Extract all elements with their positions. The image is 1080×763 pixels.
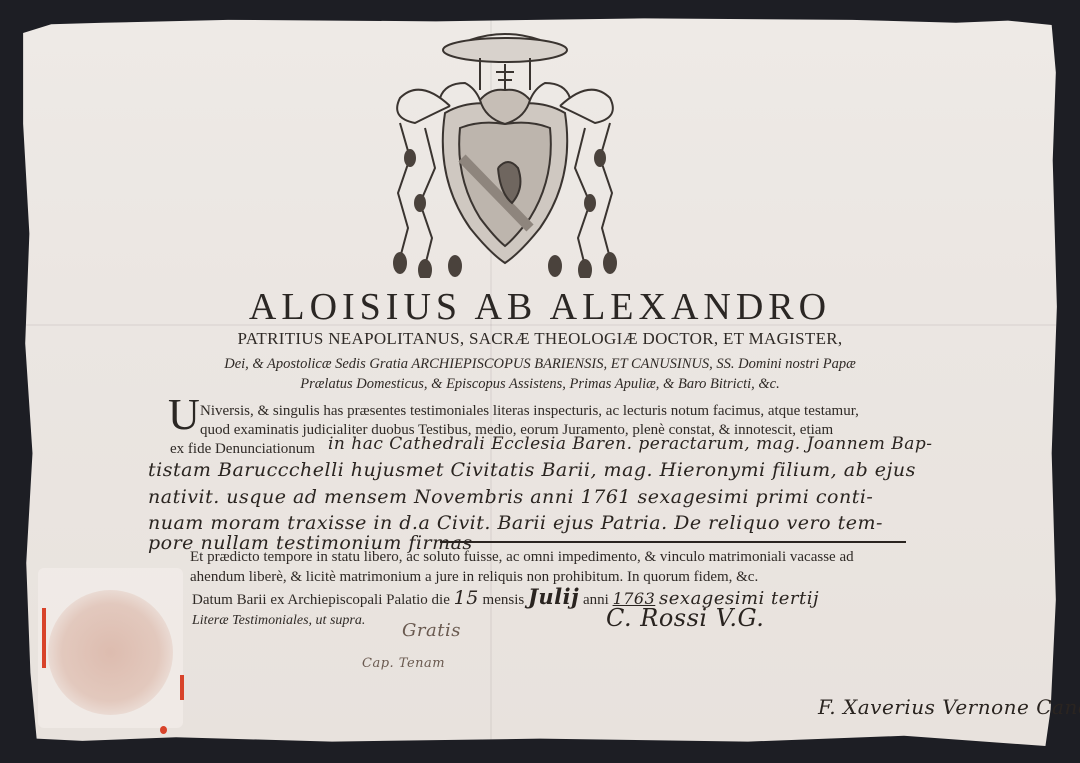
styles-line-2: Prælatus Domesticus, & Episcopus Assiste… [0,376,1080,393]
handwritten-rule [440,541,906,543]
wax-edge-right [180,675,184,700]
registrar-name: Cap. Tenam [362,656,445,671]
handwritten-line-2: tistam Baruccchelli hujusmet Civitatis B… [148,459,916,481]
dropcap: U [168,393,200,437]
coat-of-arms-icon [380,28,630,278]
handwritten-line-1: in hac Cathedrali Ecclesia Baren. peract… [328,434,933,454]
document-subtitle: PATRITIUS NEAPOLITANUS, SACRÆ THEOLOGIÆ … [0,329,1080,349]
chancellor-signature: F. Xaverius Vernone Canc. [818,695,1080,719]
wax-drop [160,726,167,734]
registrar-mark: Gratis [402,620,461,641]
dating-day: 15 [454,587,479,609]
dating-line: Datum Barii ex Archiepiscopali Palatio d… [192,588,992,609]
printed-line-4: Et prædicto tempore in statu libero, ac … [190,548,930,566]
wax-seal-icon [48,590,173,715]
styles-line-1: Dei, & Apostolicæ Sedis Gratia ARCHIEPIS… [0,356,1080,373]
dating-prefix: Datum Barii ex Archiepiscopali Palatio d… [192,592,450,608]
document-title: ALOISIUS AB ALEXANDRO [0,285,1080,329]
printed-line-1: Niversis, & singulis has præsentes testi… [200,402,920,420]
dating-mensis-label: mensis [483,592,525,608]
vicar-general-signature: C. Rossi V.G. [606,604,764,632]
wax-edge-left [42,608,46,668]
dating-month: Julij [528,584,579,609]
dating-anni-label: anni [583,592,609,608]
closing-line: Literæ Testimoniales, ut supra. [192,612,932,630]
handwritten-line-3: nativit. usque ad mensem Novembris anni … [148,486,873,508]
handwritten-line-4: nuam moram traxisse in d.a Civit. Barii … [148,512,883,534]
